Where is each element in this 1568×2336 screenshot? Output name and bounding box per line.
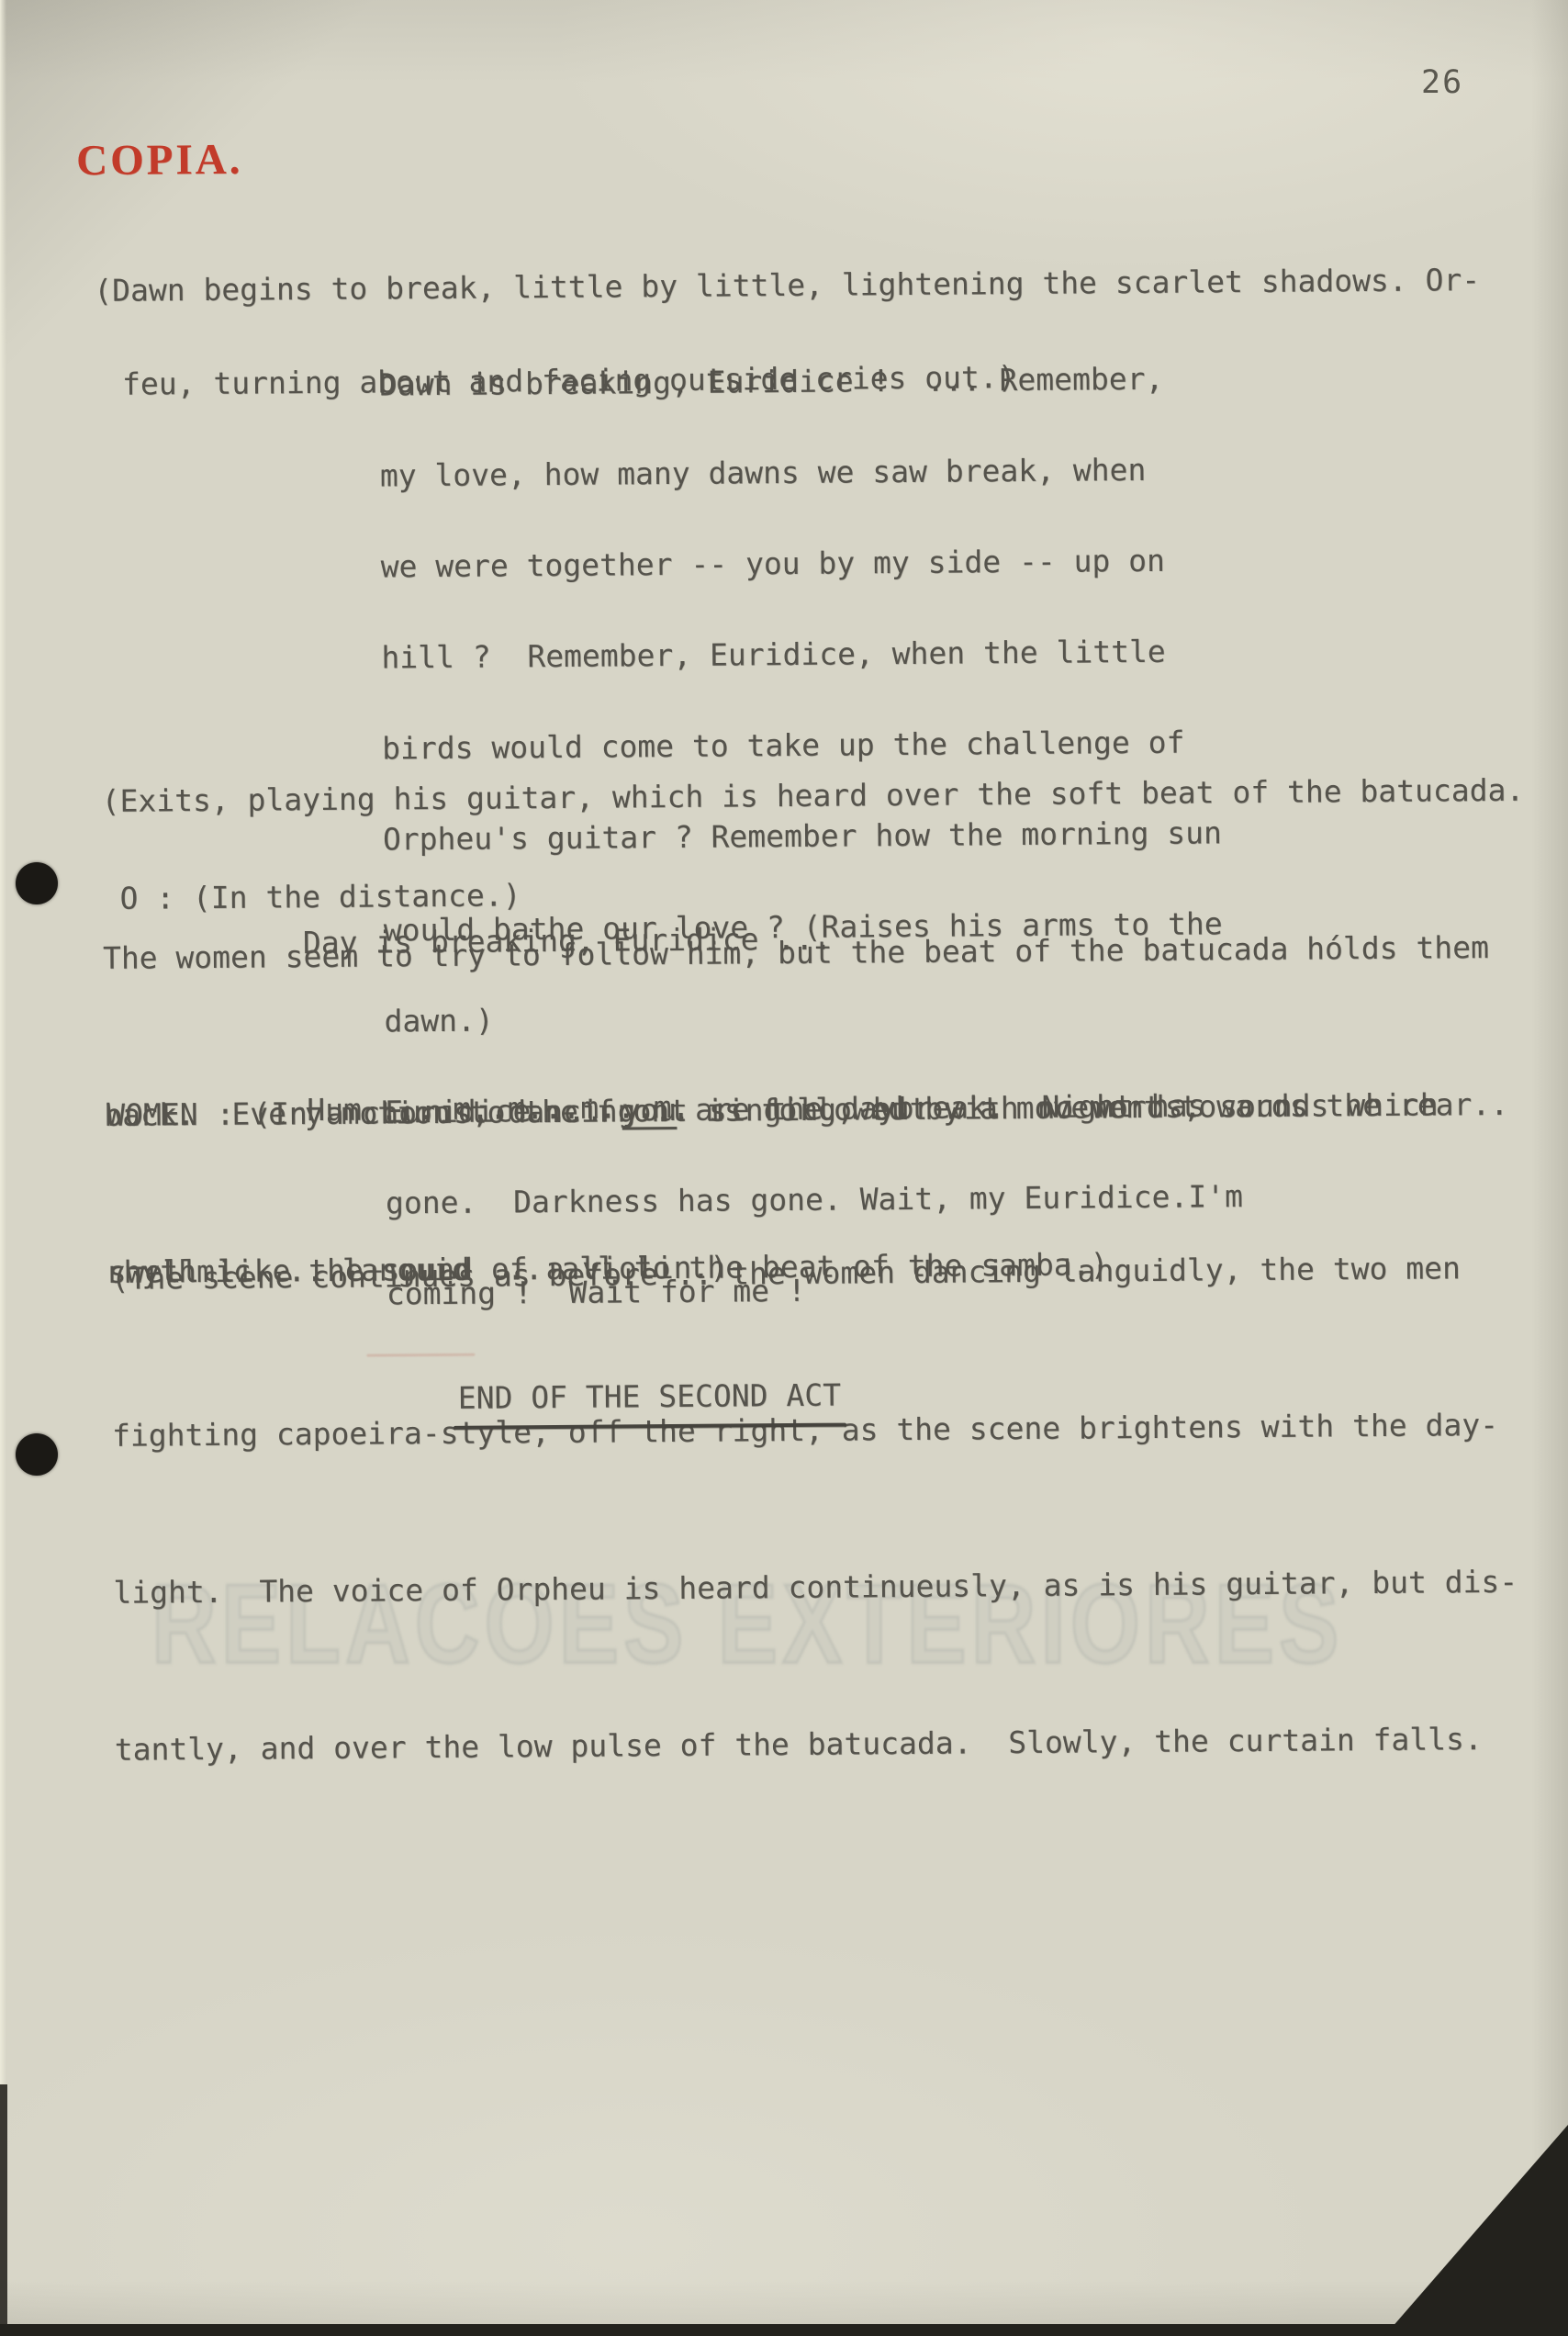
o-cue-label: O : (In the distance.) bbox=[119, 880, 521, 913]
end-of-act-title: END OF THE SECOND ACT bbox=[458, 1380, 841, 1413]
typed-content: COPIA. (Dawn begins to break, little by … bbox=[0, 0, 1568, 2336]
punch-hole-bottom bbox=[16, 1433, 58, 1476]
speech-line: Dawn is breaking, Euridice ! ... Remembe… bbox=[379, 363, 1237, 399]
stage-direction-line: (Dawn begins to break, little by little,… bbox=[94, 264, 1480, 307]
stage-direction-line: tantly, and over the low pulse of the ba… bbox=[115, 1713, 1519, 1776]
stage-direction-line: light. The voice of Orpheu is heard cont… bbox=[113, 1555, 1518, 1619]
stage-direction-line: (Exits, playing his guitar, which is hea… bbox=[101, 764, 1524, 827]
stage-direction-line: (The scene continues as before .. the wo… bbox=[111, 1241, 1516, 1305]
page-number: 26 bbox=[1421, 64, 1463, 101]
speech-line: we were together -- you by my side -- up… bbox=[381, 545, 1238, 581]
stage-direction-final: (The scene continues as before .. the wo… bbox=[110, 1137, 1520, 1881]
scan-edge-bottom bbox=[0, 2324, 1568, 2336]
o-cue-dialogue: Day is breaking, Euridice ... bbox=[303, 924, 832, 959]
speech-line: my love, how many dawns we saw break, wh… bbox=[380, 454, 1238, 490]
women-cue-dialogue: Hum ... m..m...m...m. bbox=[307, 1092, 689, 1125]
scan-edge-left bbox=[0, 0, 6, 2336]
copia-stamp: COPIA. bbox=[76, 135, 243, 185]
scan-edge-left-dark bbox=[0, 2084, 7, 2336]
punch-hole-top bbox=[16, 862, 58, 904]
script-page: RELACOES EXTERIORES COPIA. (Dawn begins … bbox=[0, 0, 1568, 2336]
